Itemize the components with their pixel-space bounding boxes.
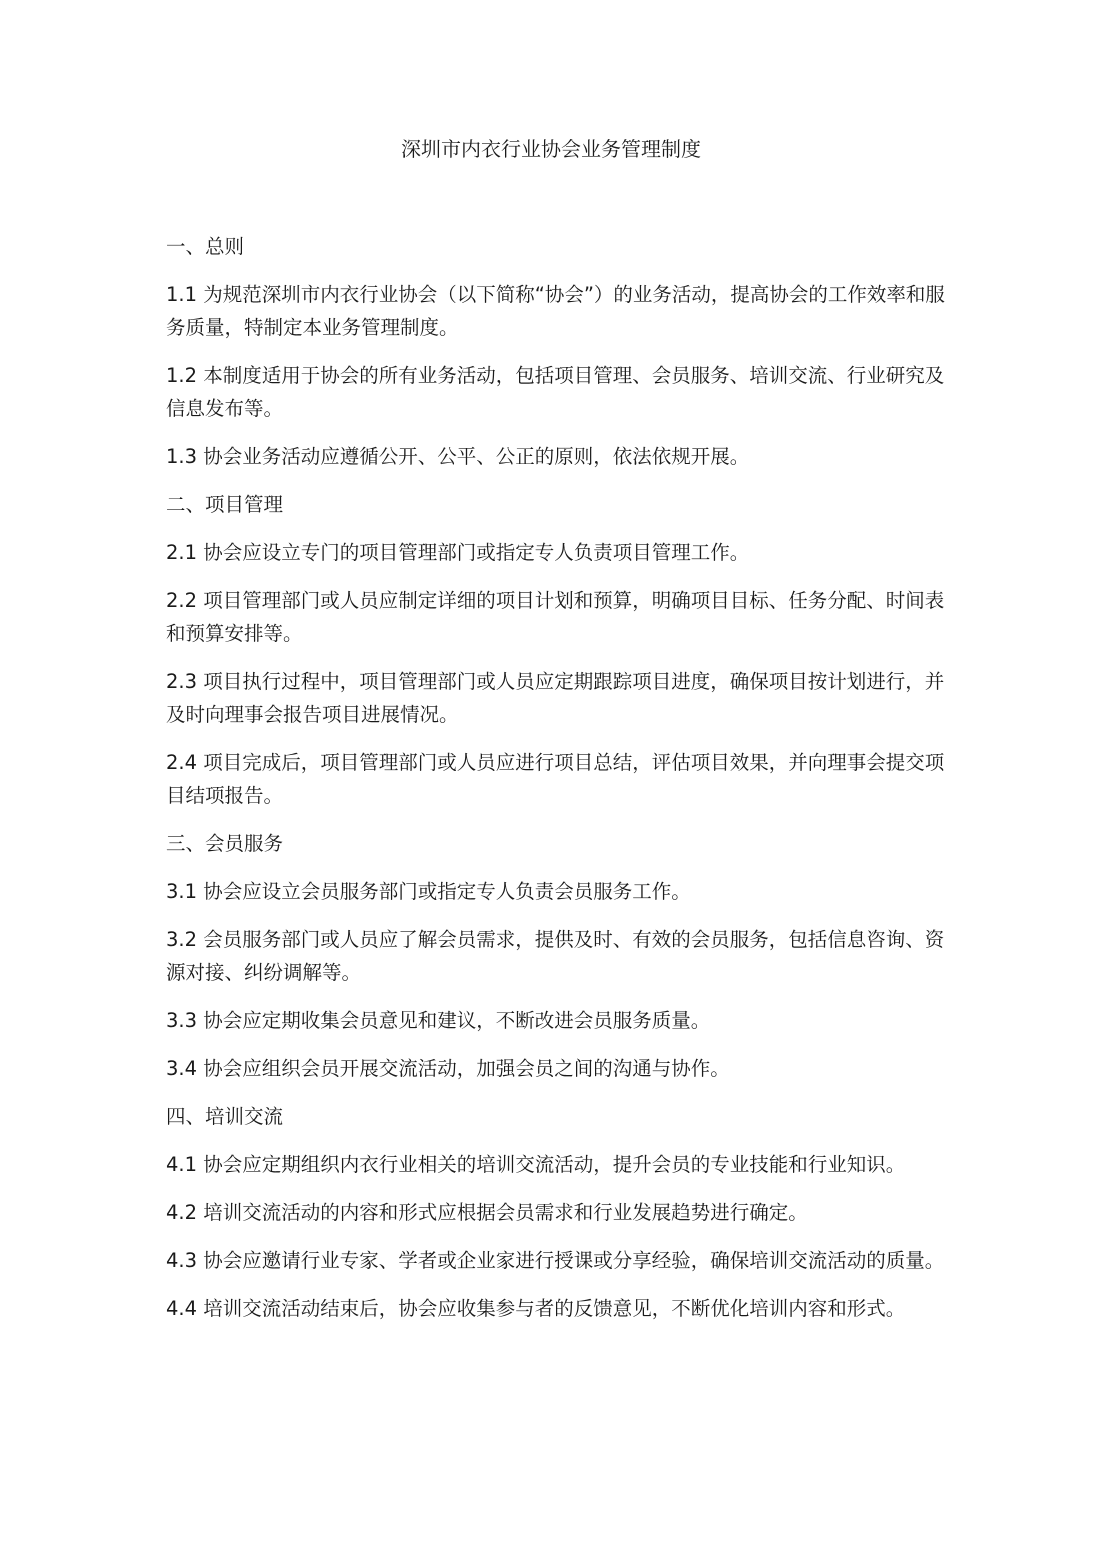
- paragraph-4-3: 4.3 协会应邀请行业专家、学者或企业家进行授课或分享经验，确保培训交流活动的质…: [166, 1244, 956, 1277]
- document-body: 一、总则 1.1 为规范深圳市内衣行业协会（以下简称“协会”）的业务活动，提高协…: [166, 230, 956, 1340]
- paragraph-3-3: 3.3 协会应定期收集会员意见和建议，不断改进会员服务质量。: [166, 1004, 956, 1037]
- paragraph-4-2: 4.2 培训交流活动的内容和形式应根据会员需求和行业发展趋势进行确定。: [166, 1196, 956, 1229]
- paragraph-2-2: 2.2 项目管理部门或人员应制定详细的项目计划和预算，明确项目目标、任务分配、时…: [166, 584, 956, 650]
- section-heading-training-exchange: 四、培训交流: [166, 1100, 956, 1133]
- paragraph-4-4: 4.4 培训交流活动结束后，协会应收集参与者的反馈意见，不断优化培训内容和形式。: [166, 1292, 956, 1325]
- paragraph-2-1: 2.1 协会应设立专门的项目管理部门或指定专人负责项目管理工作。: [166, 536, 956, 569]
- paragraph-1-2: 1.2 本制度适用于协会的所有业务活动，包括项目管理、会员服务、培训交流、行业研…: [166, 359, 956, 425]
- paragraph-3-4: 3.4 协会应组织会员开展交流活动，加强会员之间的沟通与协作。: [166, 1052, 956, 1085]
- document-page: 深圳市内衣行业协会业务管理制度 一、总则 1.1 为规范深圳市内衣行业协会（以下…: [0, 0, 1102, 1559]
- paragraph-1-3: 1.3 协会业务活动应遵循公开、公平、公正的原则，依法依规开展。: [166, 440, 956, 473]
- paragraph-1-1: 1.1 为规范深圳市内衣行业协会（以下简称“协会”）的业务活动，提高协会的工作效…: [166, 278, 956, 344]
- paragraph-3-1: 3.1 协会应设立会员服务部门或指定专人负责会员服务工作。: [166, 875, 956, 908]
- section-heading-member-services: 三、会员服务: [166, 827, 956, 860]
- paragraph-3-2: 3.2 会员服务部门或人员应了解会员需求，提供及时、有效的会员服务，包括信息咨询…: [166, 923, 956, 989]
- document-title: 深圳市内衣行业协会业务管理制度: [0, 134, 1102, 164]
- paragraph-2-4: 2.4 项目完成后，项目管理部门或人员应进行项目总结，评估项目效果，并向理事会提…: [166, 746, 956, 812]
- paragraph-2-3: 2.3 项目执行过程中，项目管理部门或人员应定期跟踪项目进度，确保项目按计划进行…: [166, 665, 956, 731]
- paragraph-4-1: 4.1 协会应定期组织内衣行业相关的培训交流活动，提升会员的专业技能和行业知识。: [166, 1148, 956, 1181]
- section-heading-project-management: 二、项目管理: [166, 488, 956, 521]
- section-heading-general: 一、总则: [166, 230, 956, 263]
